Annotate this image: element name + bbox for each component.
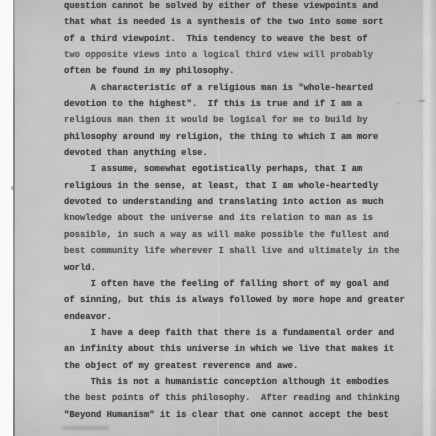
- text-line: world.: [64, 260, 424, 276]
- text-line: devoted than anything else.: [64, 145, 424, 161]
- text-line: "Beyond Humanism" it is clear that one c…: [64, 407, 424, 423]
- typewritten-text-block: question cannot be solved by either of t…: [64, 0, 424, 423]
- text-line: question cannot be solved by either of t…: [64, 0, 424, 14]
- text-line: I have a deep faith that there is a fund…: [64, 325, 424, 341]
- pencil-smudge: [62, 426, 109, 430]
- edge-speck: [11, 186, 14, 190]
- text-line: the best points of this philosophy. Afte…: [64, 390, 424, 406]
- text-line: I often have the feeling of falling shor…: [64, 276, 424, 292]
- text-line: devoted to understanding and translating…: [64, 194, 424, 210]
- text-line: often be found in my philosophy.: [64, 63, 424, 79]
- text-line: endeavor.: [64, 309, 424, 325]
- scanned-document-page: question cannot be solved by either of t…: [0, 0, 436, 436]
- scan-speck-dot: [397, 102, 400, 104]
- text-line: that what is needed is a synthesis of th…: [64, 14, 424, 30]
- text-line: the object of my greatest reverence and …: [64, 358, 424, 374]
- text-line: A characteristic of a religious man is "…: [64, 80, 424, 96]
- text-line: two opposite views into a logical third …: [64, 47, 424, 63]
- page-edge-line: [13, 0, 15, 436]
- text-line: best community life wherever I shall liv…: [64, 243, 424, 259]
- text-line: possible, in such a way as will make pos…: [64, 227, 424, 243]
- text-line: an infinity about this universe in which…: [64, 341, 424, 357]
- text-line: This is not a humanistic conception alth…: [64, 374, 424, 390]
- scan-speck-dash: [418, 100, 425, 102]
- text-line: I assume, somewhat egotistically perhaps…: [64, 161, 424, 177]
- text-line: philosophy around my religion, the thing…: [64, 129, 424, 145]
- text-line: devotion to the highest". If this is tru…: [64, 96, 424, 112]
- text-line: knowledge about the universe and its rel…: [64, 210, 424, 226]
- text-line: of a third viewpoint. This tendency to w…: [64, 31, 424, 47]
- text-line: religious man then it would be logical f…: [64, 112, 424, 128]
- scanner-margin-strip: [0, 0, 13, 436]
- text-line: of sinning, but this is always followed …: [64, 292, 424, 308]
- text-line: religious in the sense, at least, that I…: [64, 178, 424, 194]
